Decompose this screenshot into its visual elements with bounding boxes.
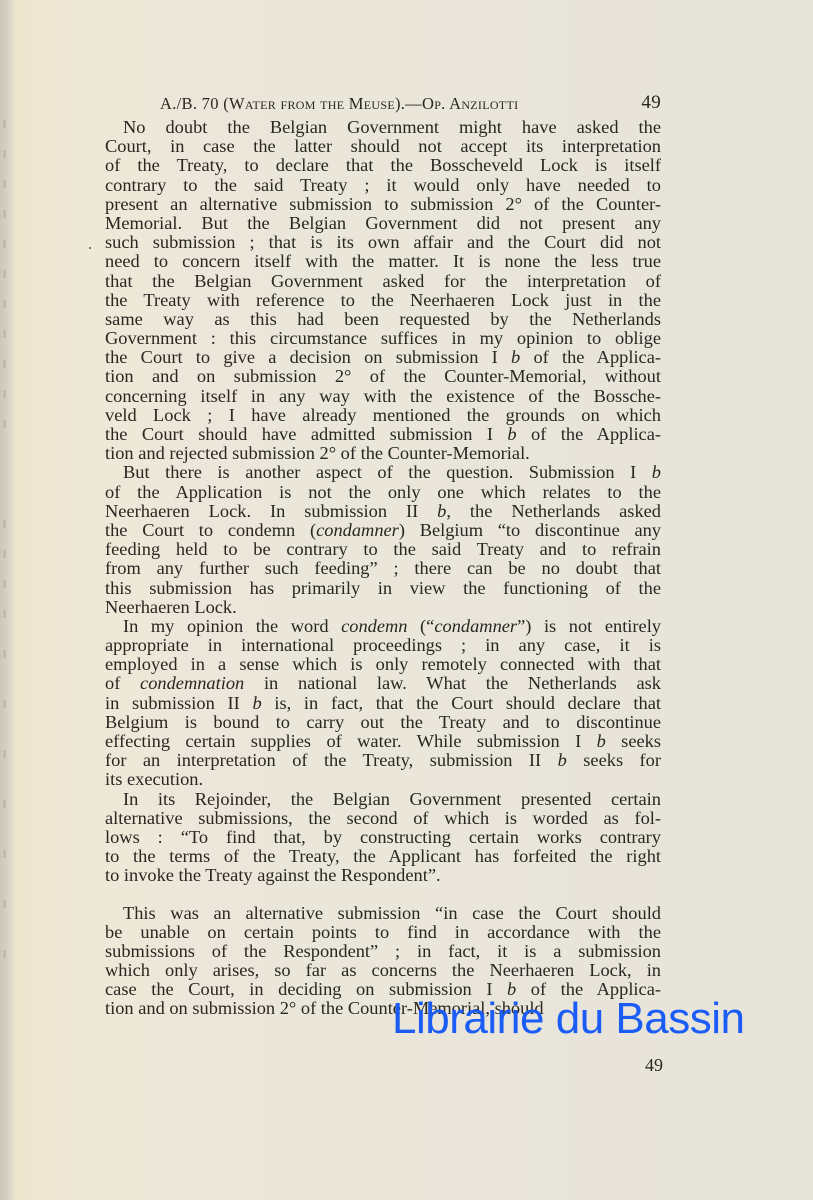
paragraph-gap <box>105 886 661 904</box>
binding-mark <box>3 950 6 958</box>
binding-mark <box>3 180 6 188</box>
footer-page-number: 49 <box>645 1055 663 1076</box>
text-line: feeding held to be contrary to the said … <box>105 540 661 559</box>
text-line: In its Rejoinder, the Belgian Government… <box>105 790 661 809</box>
text-line: tion and rejected submission 2° of the C… <box>105 444 661 463</box>
document-page: A./B. 70 (Water from the Meuse).—Op. Anz… <box>105 90 661 1019</box>
binding-mark <box>3 580 6 588</box>
text-line: effecting certain supplies of water. Whi… <box>105 732 661 751</box>
binding-mark <box>3 610 6 618</box>
text-line: Court, in case the latter should not acc… <box>105 137 661 156</box>
watermark-text: Librairie du Bassin <box>392 994 744 1044</box>
text-line: the Treaty with reference to the Neerhae… <box>105 291 661 310</box>
binding-mark <box>3 210 6 218</box>
binding-mark <box>3 550 6 558</box>
binding-mark <box>3 390 6 398</box>
binding-mark <box>3 850 6 858</box>
body-text: No doubt the Belgian Government might ha… <box>105 118 661 1019</box>
text-line: which only arises, so far as concerns th… <box>105 961 661 980</box>
text-line: same way as this had been requested by t… <box>105 310 661 329</box>
text-line: lows : “To find that, by constructing ce… <box>105 828 661 847</box>
binding-mark <box>3 900 6 908</box>
text-line: its execution. <box>105 770 661 789</box>
binding-mark <box>3 330 6 338</box>
text-line: in submission II b is, in fact, that the… <box>105 694 661 713</box>
text-line: be unable on certain points to find in a… <box>105 923 661 942</box>
text-line: This was an alternative submission “in c… <box>105 904 661 923</box>
running-head-title: A./B. 70 (Water from the Meuse).—Op. Anz… <box>160 94 518 114</box>
text-line: of condemnation in national law. What th… <box>105 674 661 693</box>
text-line: employed in a sense which is only remote… <box>105 655 661 674</box>
text-line: tion and on submission 2° of the Counter… <box>105 367 661 386</box>
text-line: Belgium is bound to carry out the Treaty… <box>105 713 661 732</box>
text-line: appropriate in international proceedings… <box>105 636 661 655</box>
text-line: alternative submissions, the second of w… <box>105 809 661 828</box>
binding-mark <box>3 270 6 278</box>
text-line: to the terms of the Treaty, the Applican… <box>105 847 661 866</box>
stray-mark <box>89 247 91 249</box>
binding-mark <box>3 520 6 528</box>
binding-mark <box>3 150 6 158</box>
text-line: But there is another aspect of the quest… <box>105 463 661 482</box>
binding-mark <box>3 420 6 428</box>
text-line: present an alternative submission to sub… <box>105 195 661 214</box>
text-line: In my opinion the word condemn (“condamn… <box>105 617 661 636</box>
text-line: contrary to the said Treaty ; it would o… <box>105 176 661 195</box>
text-line: the Court should have admitted submissio… <box>105 425 661 444</box>
text-line: the Court to give a decision on submissi… <box>105 348 661 367</box>
text-line: Government : this circumstance suffices … <box>105 329 661 348</box>
text-line: submissions of the Respondent” ; in fact… <box>105 942 661 961</box>
paragraph: In its Rejoinder, the Belgian Government… <box>105 790 661 886</box>
text-line: need to concern itself with the matter. … <box>105 252 661 271</box>
running-head-page-number: 49 <box>641 92 661 114</box>
text-line: to invoke the Treaty against the Respond… <box>105 866 661 885</box>
running-head: A./B. 70 (Water from the Meuse).—Op. Anz… <box>105 90 661 118</box>
text-line: such submission ; that is its own affair… <box>105 233 661 252</box>
binding-mark <box>3 750 6 758</box>
text-line: Memorial. But the Belgian Government did… <box>105 214 661 233</box>
text-line: Neerhaeren Lock. In submission II b, the… <box>105 502 661 521</box>
text-line: of the Application is not the only one w… <box>105 483 661 502</box>
binding-mark <box>3 800 6 808</box>
binding-mark <box>3 650 6 658</box>
text-line: from any further such feeding” ; there c… <box>105 559 661 578</box>
paragraph: No doubt the Belgian Government might ha… <box>105 118 661 463</box>
text-line: Neerhaeren Lock. <box>105 598 661 617</box>
text-line: the Court to condemn (condamner) Belgium… <box>105 521 661 540</box>
binding-mark <box>3 700 6 708</box>
binding-mark <box>3 300 6 308</box>
binding-mark <box>3 240 6 248</box>
text-line: concerning itself in any way with the ex… <box>105 387 661 406</box>
text-line: this submission has primarily in view th… <box>105 579 661 598</box>
text-line: veld Lock ; I have already mentioned the… <box>105 406 661 425</box>
book-gutter <box>0 0 14 1200</box>
binding-mark <box>3 360 6 368</box>
text-line: No doubt the Belgian Government might ha… <box>105 118 661 137</box>
text-line: that the Belgian Government asked for th… <box>105 272 661 291</box>
text-line: of the Treaty, to declare that the Bossc… <box>105 156 661 175</box>
binding-mark <box>3 120 6 128</box>
text-line: for an interpretation of the Treaty, sub… <box>105 751 661 770</box>
paragraph: But there is another aspect of the quest… <box>105 463 661 617</box>
paragraph: In my opinion the word condemn (“condamn… <box>105 617 661 790</box>
